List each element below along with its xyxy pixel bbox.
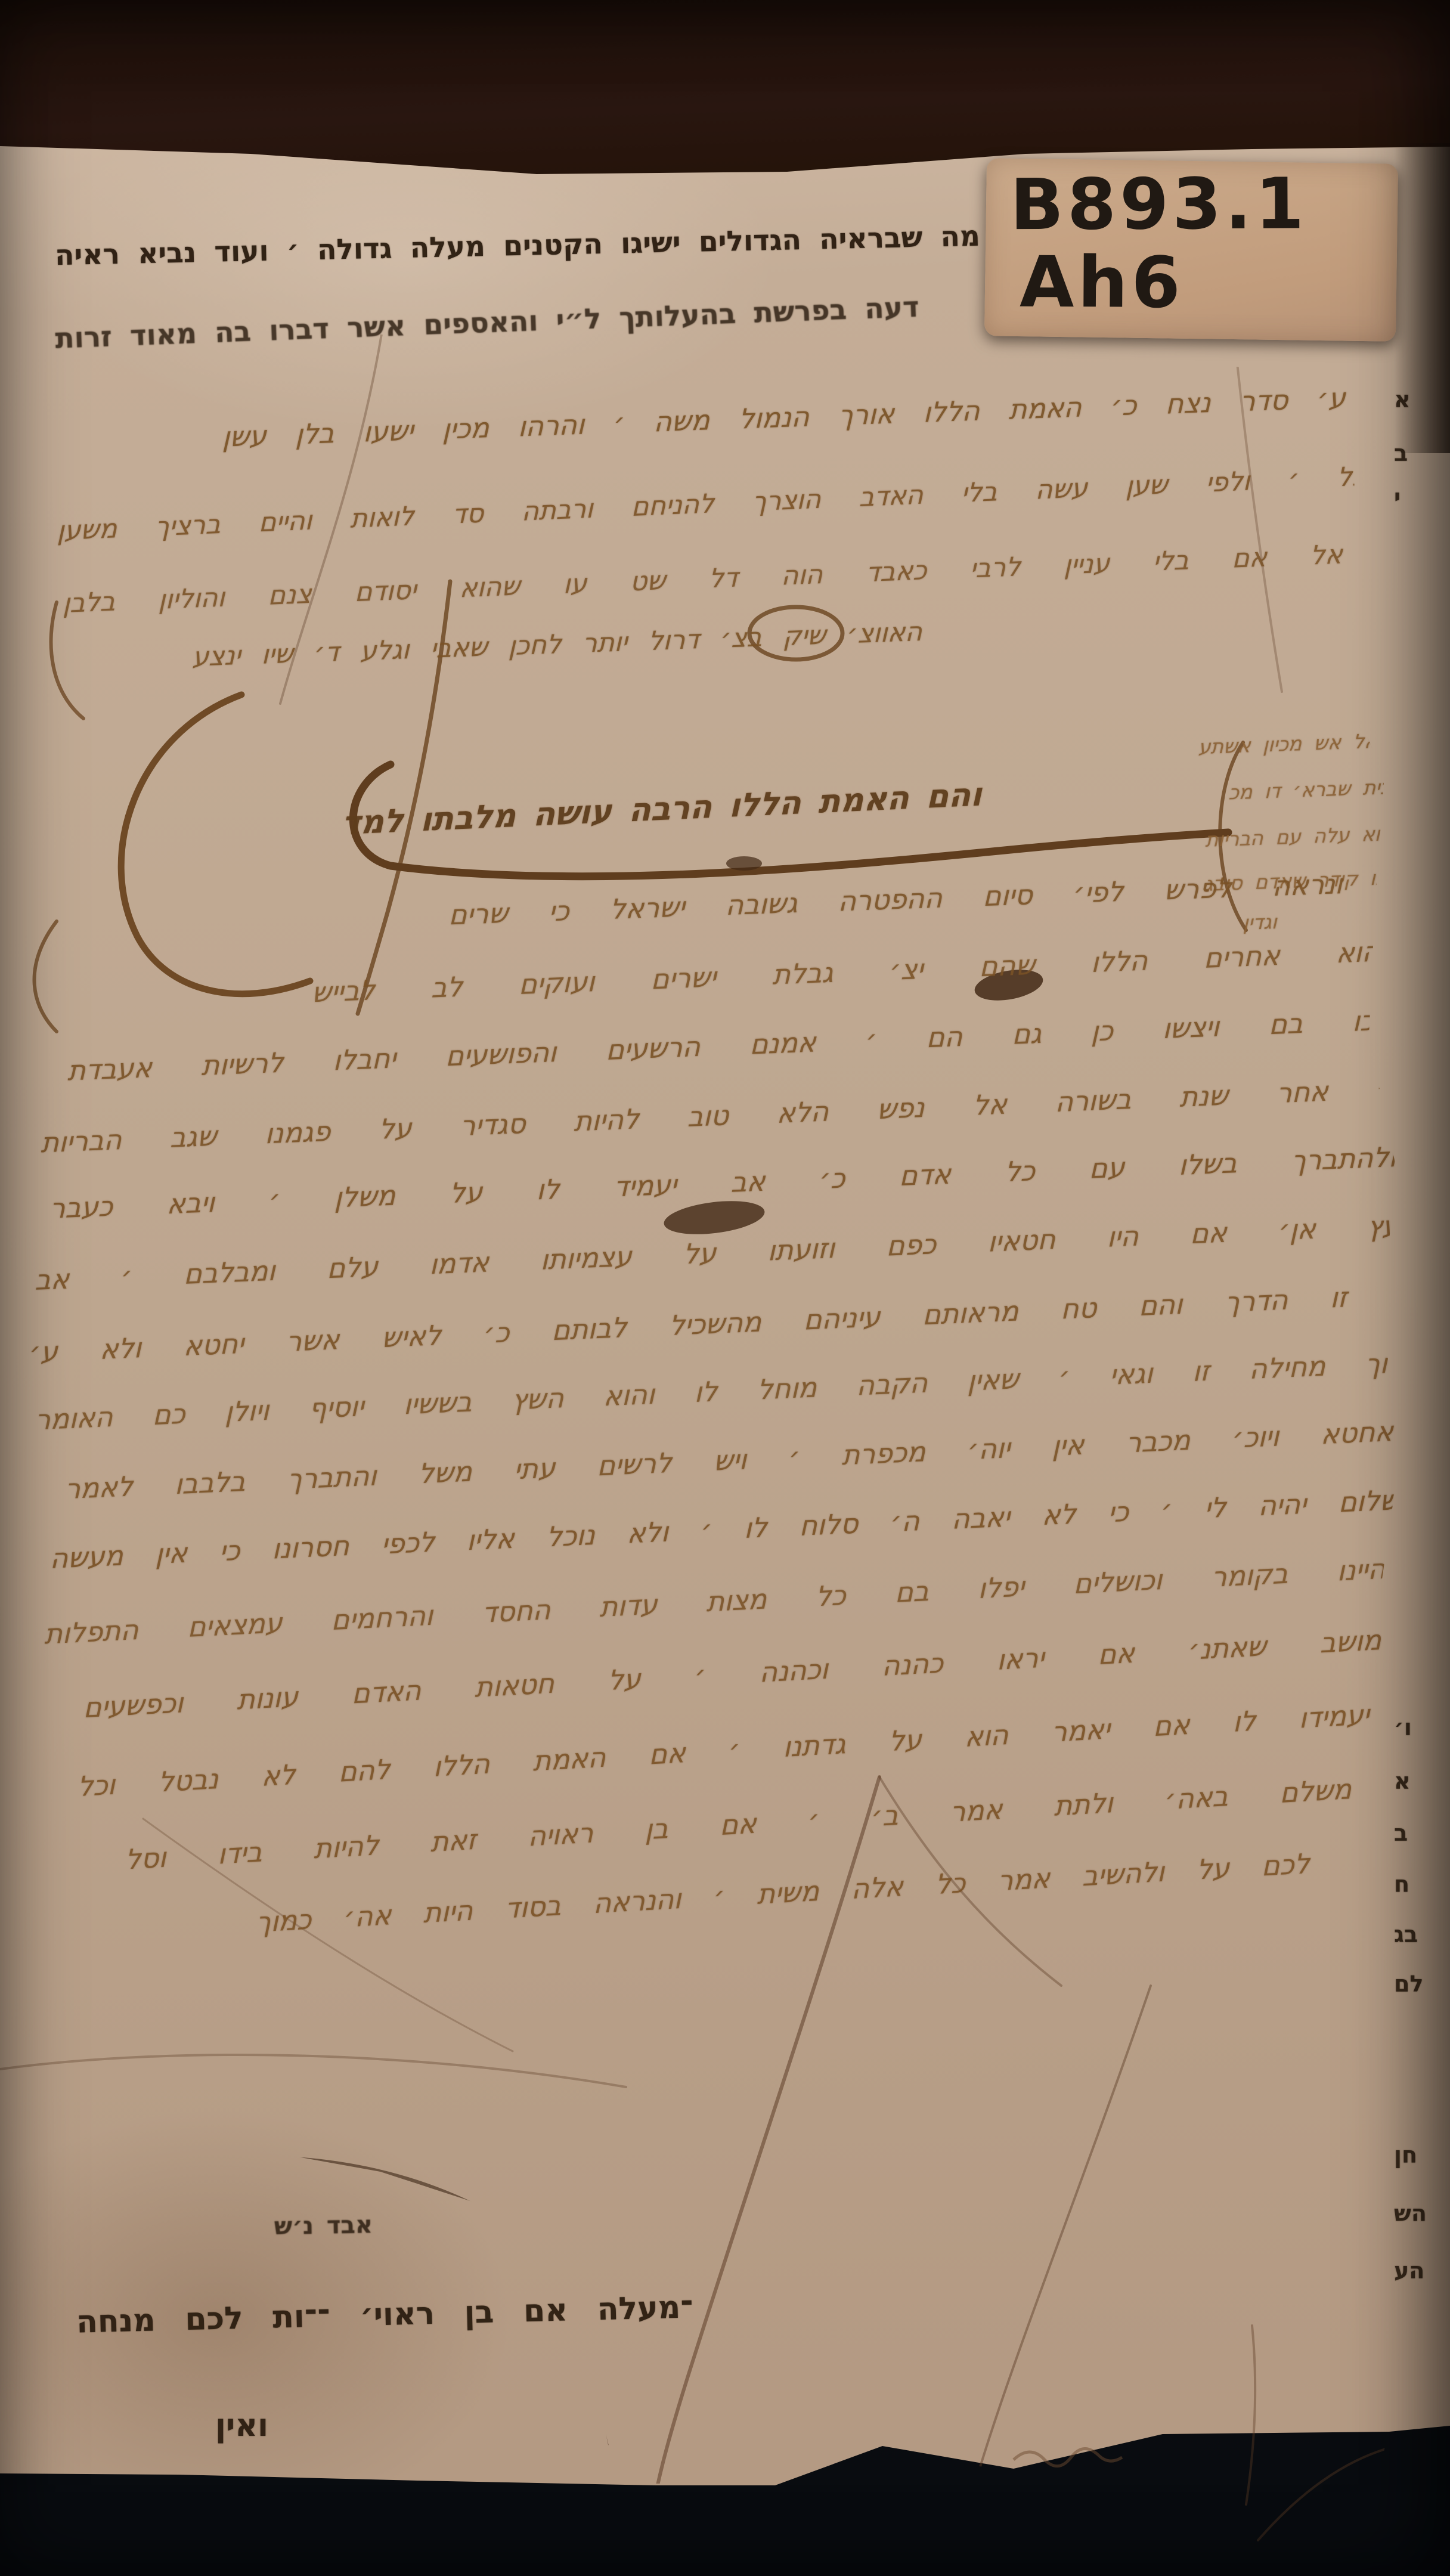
edge-text-fragment: לם (1394, 1971, 1445, 1997)
printed-text-line: מה שבראיה הגדולים ישיגו הקטנים מעלה גדול… (55, 220, 981, 272)
margin-note-line: קאל אש מכיון אשתע (1183, 729, 1392, 759)
edge-text-fragment: א (1394, 1768, 1445, 1794)
edge-text-fragment: ו׳ (1394, 1714, 1445, 1741)
handwritten-line: והוא אחרים הללו שהם יצ׳ גבלת ישרים ועוקי… (311, 935, 1387, 1008)
handwritten-heading: והם האמת הללו הרבה עושה מלבתו למד (335, 775, 988, 843)
edge-text-fragment: בג (1394, 1921, 1445, 1948)
margin-note-line: וגדין (1181, 910, 1277, 937)
margin-note-line: בית שברא׳ דו מכ (1183, 775, 1392, 806)
handwritten-line: ואל אם בלי עניין לרבי כאבד הוה דל שט עו … (63, 539, 1350, 619)
handwritten-line: שלום יהיה לי ׳ כי לא יאבה ה׳ סלוח לו ׳ ו… (49, 1484, 1399, 1575)
handwritten-line: סוך מחילה זו וגאי ׳ שאין הקבה מוחל לו וה… (35, 1346, 1405, 1436)
handwritten-line: האווצ׳ שיק בצ׳ דרול יותר לחכן שאבי וגלע … (192, 617, 923, 673)
shelfmark-line-2: Ah6 (1020, 243, 1373, 323)
handwritten-line: ולהתברך בשלו עם כל אדם כ׳ אב יעמיד לו על… (49, 1141, 1397, 1225)
manuscript-photo: מה שבראיה הגדולים ישיגו הקטנים מעלה גדול… (0, 0, 1450, 2576)
shelfmark-label: B893.1 Ah6 (984, 158, 1398, 342)
handwritten-line: לכם על ולהשיב אמר כל אלה משית ׳ והנראה ב… (256, 1847, 1310, 1939)
edge-text-fragment: ב (1394, 1820, 1445, 1846)
edge-text-fragment: י (1394, 484, 1445, 510)
handwritten-line: ילכו בם ויצשו כן גם הם ׳ אמנם הרשעים והפ… (67, 1004, 1397, 1087)
handwritten-line: מצל ׳ ולפי שען עשה בלי האדב הוצרך להניחם… (57, 460, 1386, 546)
margin-note-line: בוא עלה עם הבריות (1183, 822, 1392, 852)
handwritten-line: אחטא ויוכ׳ מכבר אין יוה׳ מכפרת ׳ ויש לרש… (64, 1415, 1393, 1505)
handwritten-line: ג׳ אחר שנת בשורה אל נפש הלא טוב להיות סג… (41, 1072, 1400, 1159)
handwritten-line: עץ אן׳ אם היו חטאיו כפם וזועתו על עצמיות… (35, 1209, 1400, 1296)
faint-scribble (1014, 2448, 1122, 2466)
printed-text-line: ואין (179, 2408, 268, 2444)
shelfmark-line-1: B893.1 (1010, 164, 1374, 244)
handwritten-line: ע׳ סדר נצח כ׳ האמת הללו אורך הנמול משה ׳… (222, 382, 1346, 453)
corner-shadow (1394, 143, 1450, 453)
edge-text-fragment: ח (1394, 1871, 1445, 1897)
